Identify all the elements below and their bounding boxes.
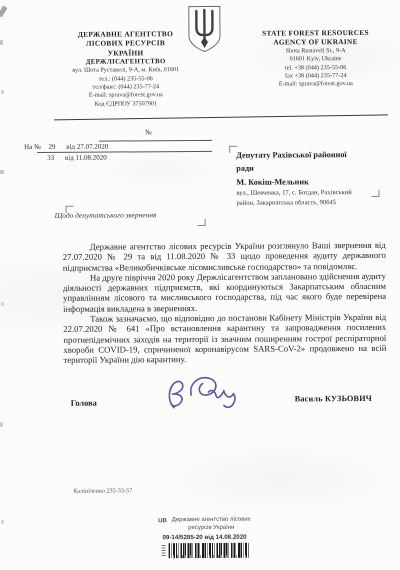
barcode xyxy=(168,542,248,557)
reply-label: На № xyxy=(24,143,41,151)
signer-name: Василь КУЗЬОВИЧ xyxy=(295,394,372,403)
recipient-name: М. Кокіш-Мельник xyxy=(236,175,390,189)
registration-number: 09-14/5285-20 від 14.08.2020 xyxy=(140,533,270,541)
incoming-date: від 11.08.2020 xyxy=(65,154,107,162)
stamp-prefix: UB xyxy=(158,517,167,525)
stamp-organization: Державне агентство лісових ресурсів Укра… xyxy=(172,517,251,533)
body-paragraph-3: Також зазначаємо, що відповідно до поста… xyxy=(63,312,386,365)
recipient-title: ради xyxy=(236,161,390,175)
scanned-letter-page: ДЕРЖАВНЕ АГЕНТСТВО ЛІСОВИХ РЕСУРСІВ УКРА… xyxy=(0,0,400,570)
incoming-reference-1: На № 29 від 27.07.2020 xyxy=(24,143,108,152)
ukraine-trident-icon xyxy=(185,4,223,54)
header-divider xyxy=(54,114,388,120)
outgoing-number-label: № xyxy=(145,128,152,136)
stamp-header: UB Державне агентство лісових ресурсів У… xyxy=(139,517,269,533)
subject-zone-corner-mark xyxy=(198,219,206,226)
barcode-side-mark xyxy=(161,544,165,556)
incoming-number: 29 xyxy=(48,143,62,151)
reply-reference-line xyxy=(37,151,212,153)
agency-edrpou-code: Код ЄДРПОУ 37507901 xyxy=(37,100,215,109)
letter-body: Державне агентство лісових ресурсів Укра… xyxy=(63,240,387,366)
subject-line: Щодо депутатського звернення xyxy=(55,210,157,220)
body-paragraph-2: На друге півріччя 2020 року Держлісагент… xyxy=(63,271,386,314)
executor-contact: Калініченко 235-33-57 xyxy=(73,487,132,494)
barcode-row xyxy=(140,542,270,558)
incoming-date: від 27.07.2020 xyxy=(66,143,108,151)
handwritten-signature xyxy=(159,371,249,420)
body-paragraph-1: Державне агентство лісових ресурсів Укра… xyxy=(63,240,386,273)
agency-name-en: STATE FOREST RESOURCES xyxy=(241,28,389,38)
letter-content: ДЕРЖАВНЕ АГЕНТСТВО ЛІСОВИХ РЕСУРСІВ УКРА… xyxy=(0,0,400,570)
signer-position: Голова xyxy=(71,399,97,408)
letterhead-english: STATE FOREST RESOURCES AGENCY OF UKRAINE… xyxy=(241,28,389,90)
incoming-reference-2: 33 від 11.08.2020 xyxy=(47,154,107,162)
outgoing-number-line xyxy=(99,140,212,141)
stamp-org-line: ресурсів України xyxy=(172,524,251,532)
recipient-address: район, Закарпатська область, 90645 xyxy=(236,197,390,207)
stamp-org-line: Державне агентство лісових xyxy=(172,517,251,525)
recipient-block: Депутату Рахівської районної ради М. Кок… xyxy=(236,148,390,208)
reference-block: № На № 29 від 27.07.2020 33 від 11.08.20… xyxy=(24,128,224,129)
incoming-number: 33 xyxy=(47,154,61,162)
registration-stamp: UB Державне агентство лісових ресурсів У… xyxy=(139,517,269,558)
recipient-title: Депутату Рахівської районної xyxy=(236,148,390,162)
agency-email-en: E-mail: sprava@forest.gov.ua xyxy=(242,80,390,89)
